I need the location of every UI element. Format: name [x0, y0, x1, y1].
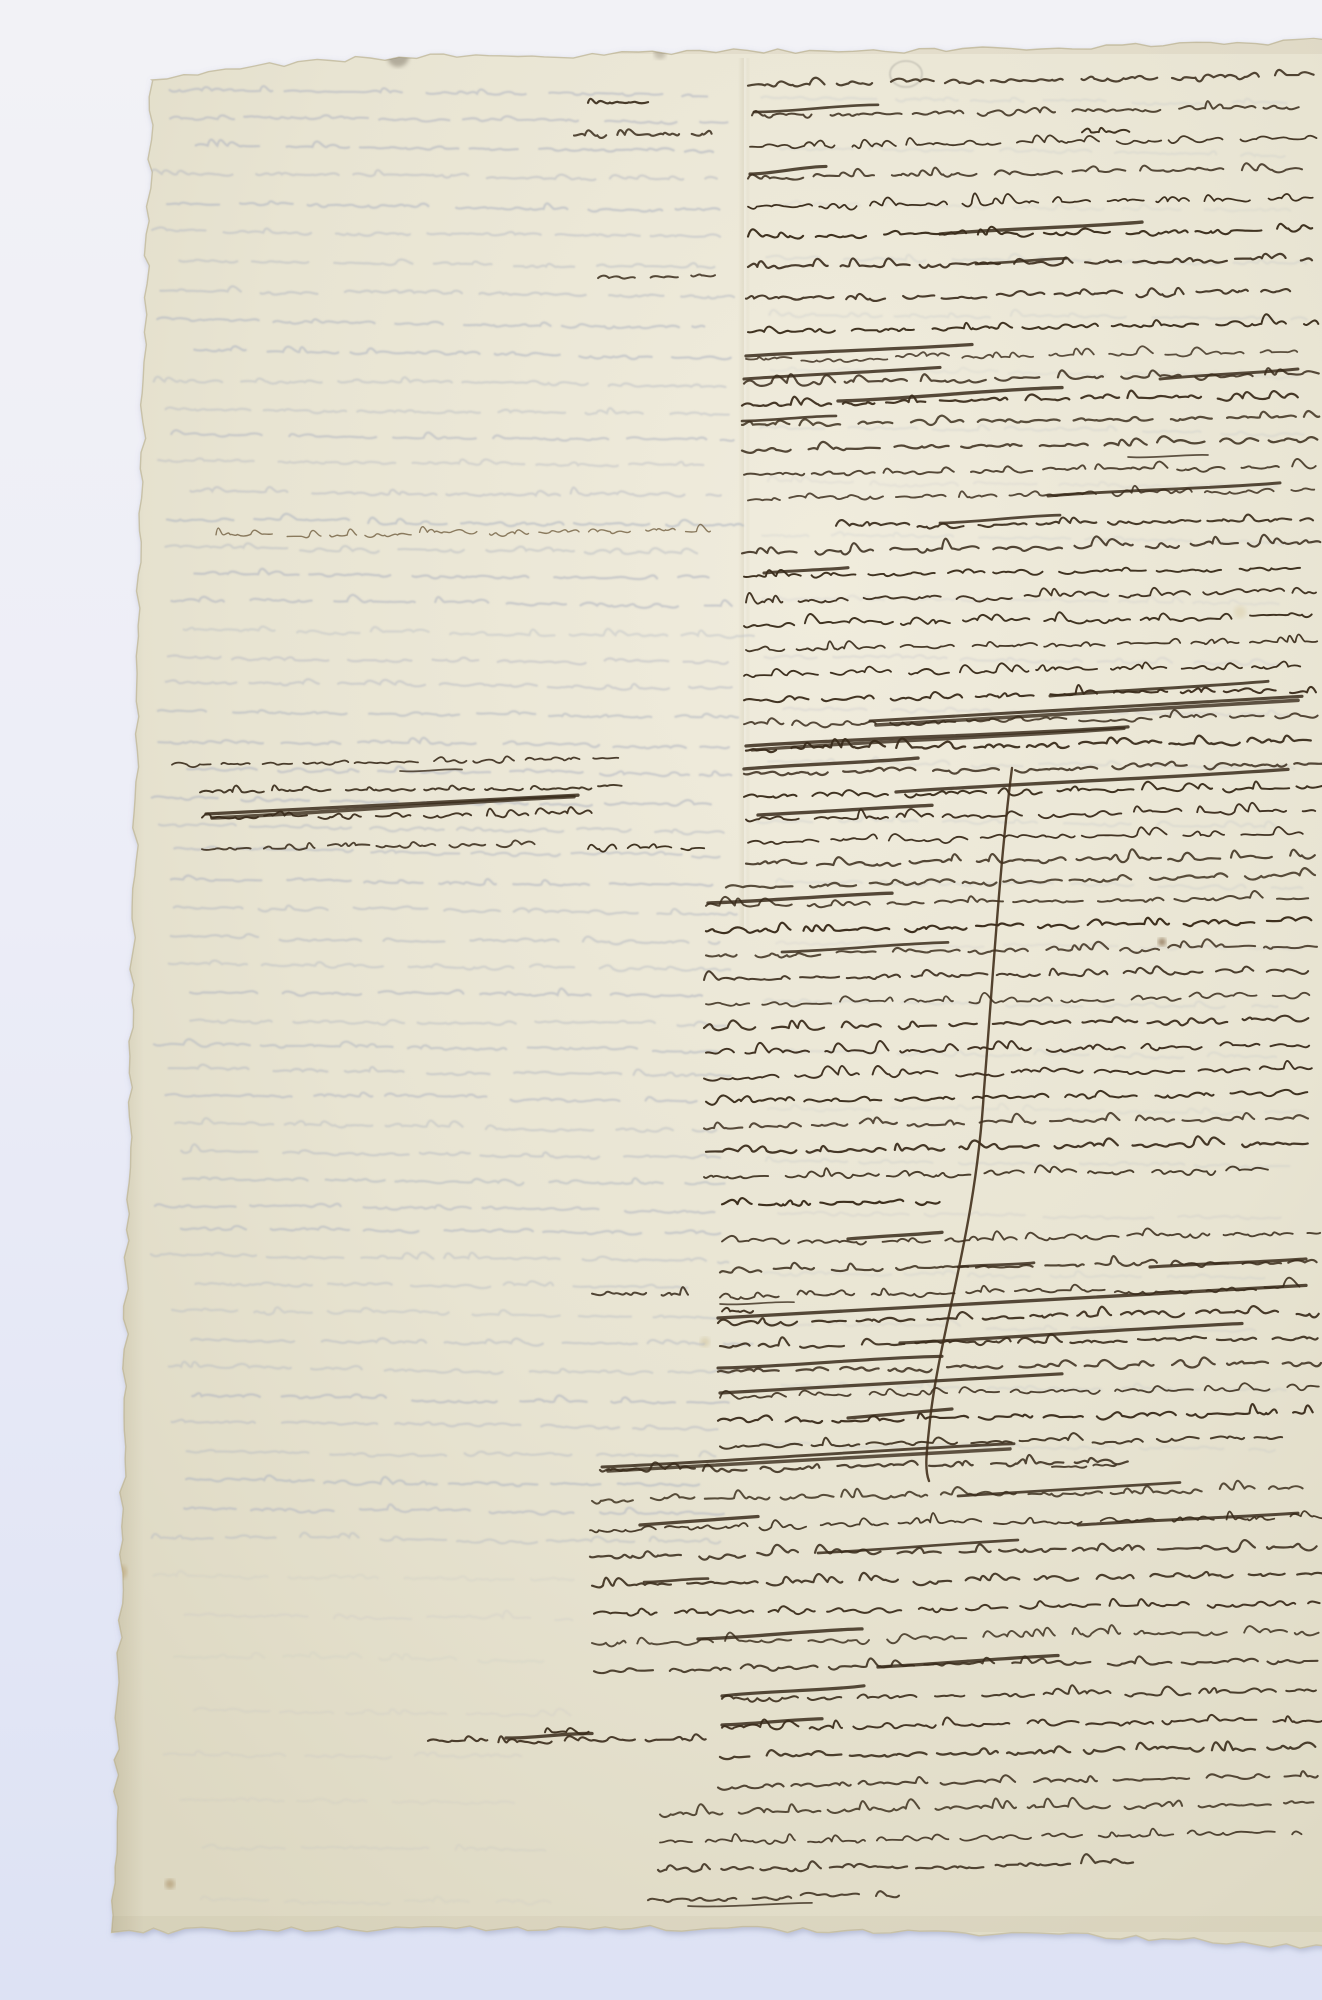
scan-canvas: [0, 0, 1322, 2000]
manuscript-scan: [0, 0, 1322, 2000]
